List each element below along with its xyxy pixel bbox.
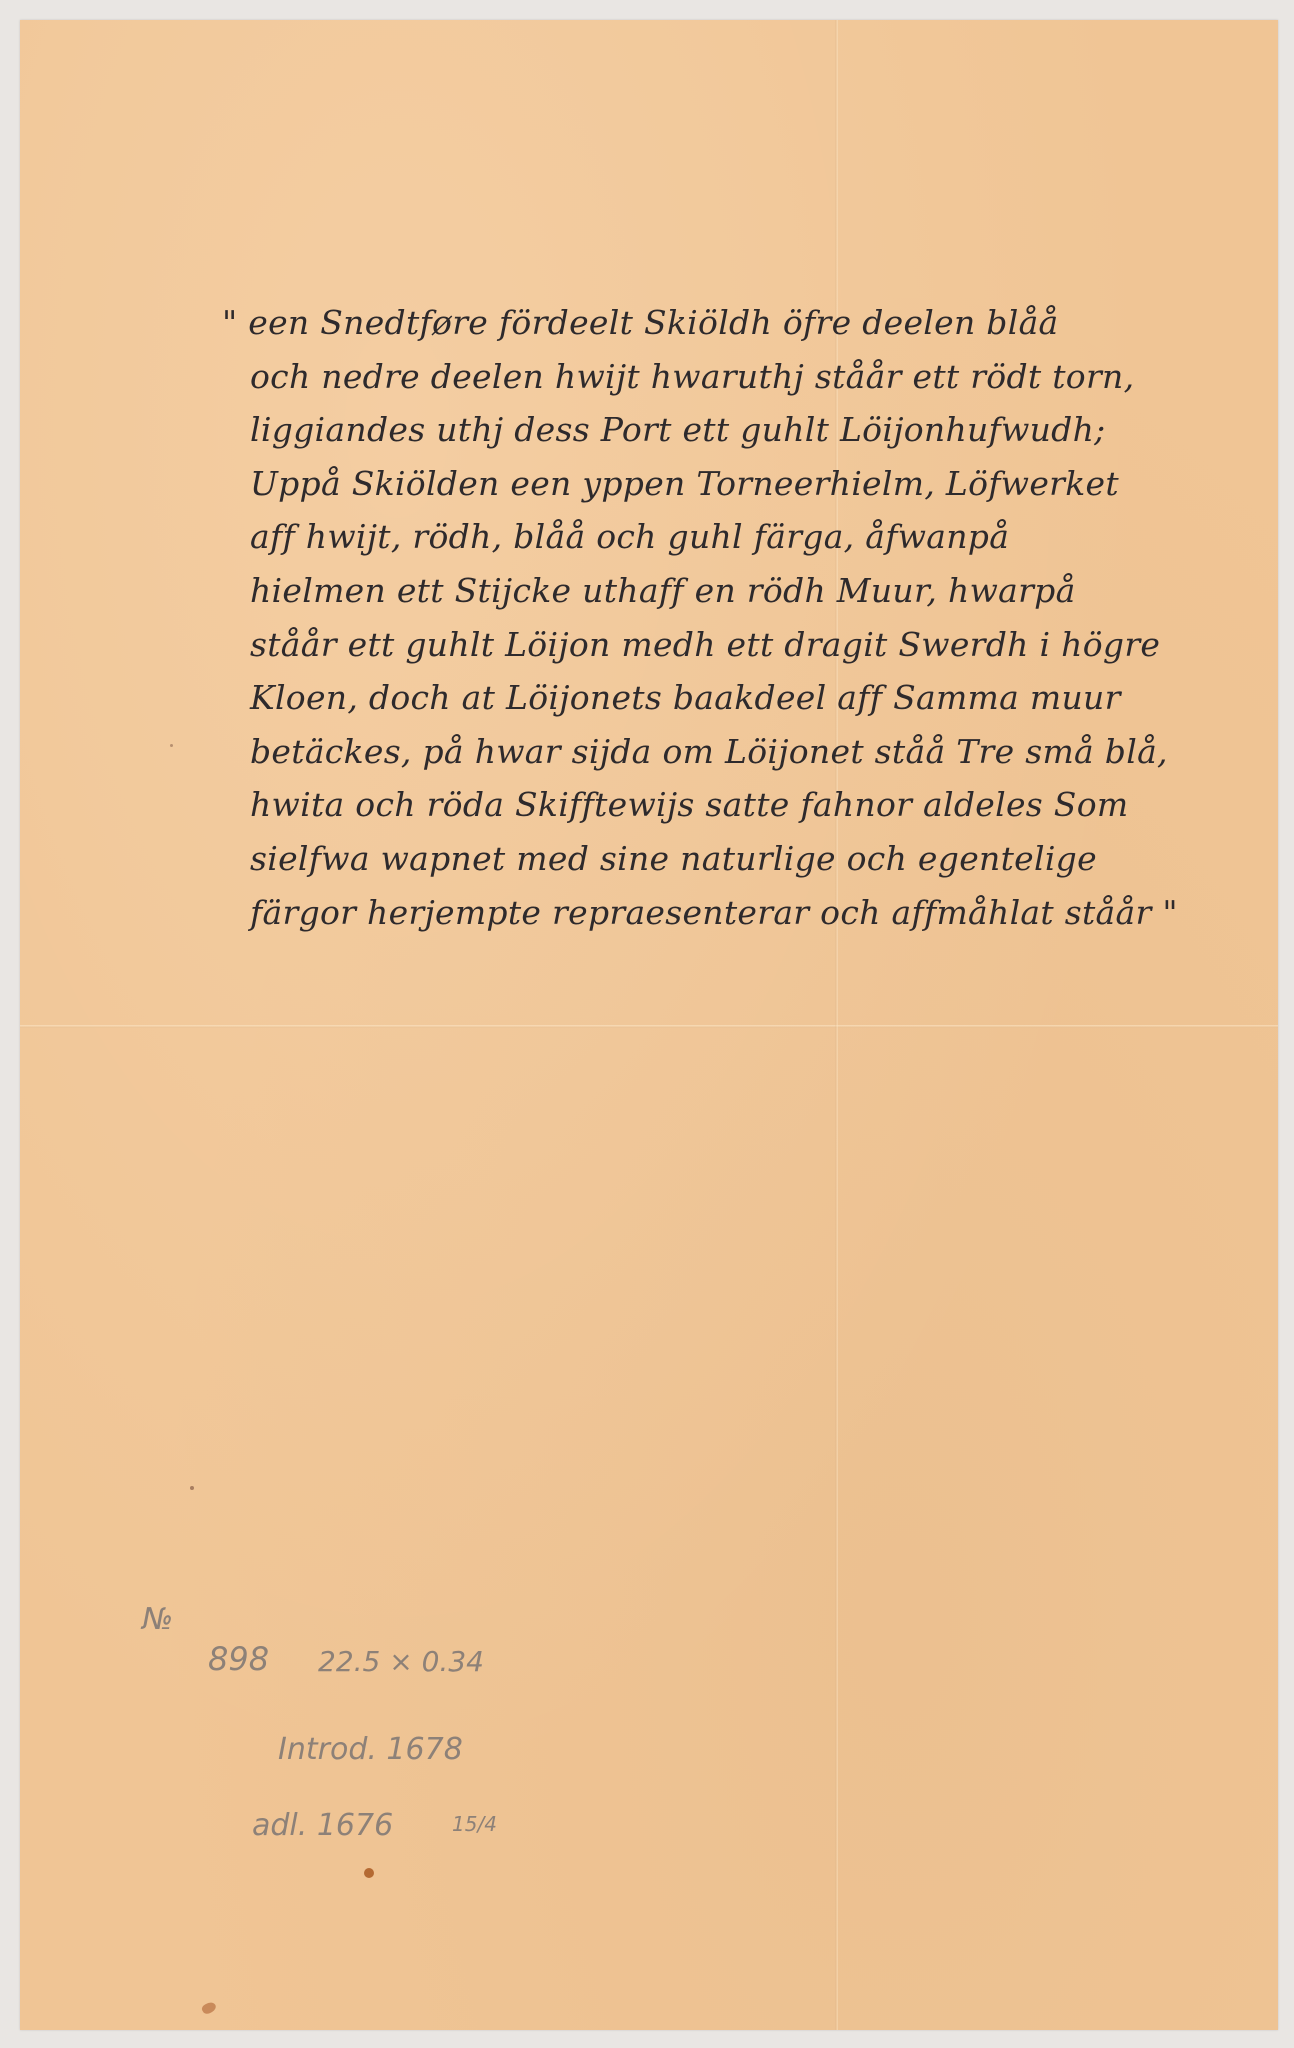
manuscript-line: " een Snedtføre fördeelt Skiöldh öfre de… [222,296,1242,350]
manuscript-line: och nedre deelen hwijt hwaruthj ståår et… [222,350,1242,404]
pencil-adl-date: 15/4 [452,1812,497,1836]
manuscript-line: hielmen ett Stijcke uthaff en rödh Muur,… [222,564,1242,618]
speck [170,744,173,747]
manuscript-line: liggiandes uthj dess Port ett guhlt Löij… [222,403,1242,457]
manuscript-text-block: " een Snedtføre fördeelt Skiöldh öfre de… [222,296,1242,939]
pencil-adl-note: adl. 1676 [252,1808,393,1843]
horizontal-fold-line [20,1025,1278,1028]
manuscript-line: Kloen, doch at Löijonets baakdeel aff Sa… [222,671,1242,725]
manuscript-line: sielfwa wapnet med sine naturlige och eg… [222,832,1242,886]
manuscript-line: aff hwijt, rödh, blåå och guhl färga, åf… [222,510,1242,564]
pencil-introd-note: Introd. 1678 [278,1732,463,1767]
ink-spot [364,1868,374,1878]
speck [190,1486,194,1490]
manuscript-line: Uppå Skiölden een yppen Torneerhielm, Lö… [222,457,1242,511]
pencil-number-mark: № [142,1602,173,1637]
manuscript-line: hwita och röda Skifftewijs satte fahnor … [222,778,1242,832]
pencil-catalog-number: 898 [208,1640,269,1678]
pencil-dimensions: 22.5 × 0.34 [318,1645,484,1678]
manuscript-line: ståår ett guhlt Löijon medh ett dragit S… [222,618,1242,672]
manuscript-line: färgor herjempte repraesenterar och affm… [222,886,1242,940]
manuscript-line: betäckes, på hwar sijda om Löijonet ståå… [222,725,1242,779]
